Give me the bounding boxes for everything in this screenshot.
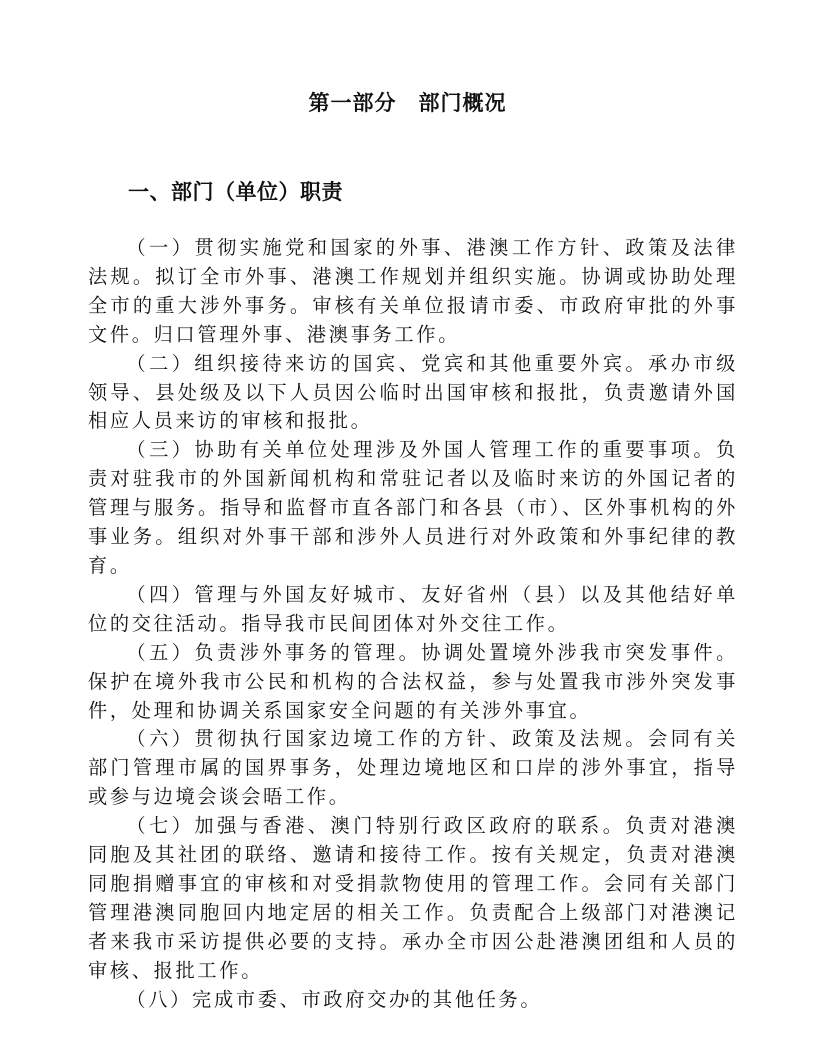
title-part-label: 第一部分 (309, 91, 397, 115)
section-heading: 一、部门（单位）职责 (128, 177, 343, 207)
paragraph-5: （五）负责涉外事务的管理。协调处置境外涉我市突发事件。保护在境外我市公民和机构的… (88, 639, 738, 726)
paragraph-2: （二）组织接待来访的国宾、党宾和其他重要外宾。承办市级领导、县处级及以下人员因公… (88, 350, 738, 437)
page-title: 第一部分部门概况 (0, 89, 815, 117)
page-number: 1 (0, 991, 815, 1005)
paragraph-6: （六）贯彻执行国家边境工作的方针、政策及法规。会同有关部门管理市属的国界事务，处… (88, 725, 738, 812)
responsibilities-body: （一）贯彻实施党和国家的外事、港澳工作方针、政策及法律法规。拟订全市外事、港澳工… (88, 234, 738, 1014)
document-page: 第一部分部门概况 一、部门（单位）职责 （一）贯彻实施党和国家的外事、港澳工作方… (0, 0, 815, 1055)
paragraph-1: （一）贯彻实施党和国家的外事、港澳工作方针、政策及法律法规。拟订全市外事、港澳工… (88, 234, 738, 350)
paragraph-3: （三）协助有关单位处理涉及外国人管理工作的重要事项。负责对驻我市的外国新闻机构和… (88, 436, 738, 581)
paragraph-7: （七）加强与香港、澳门特别行政区政府的联系。负责对港澳同胞及其社团的联络、邀请和… (88, 812, 738, 985)
title-subject: 部门概况 (419, 91, 507, 115)
paragraph-4: （四）管理与外国友好城市、友好省州（县）以及其他结好单位的交往活动。指导我市民间… (88, 581, 738, 639)
